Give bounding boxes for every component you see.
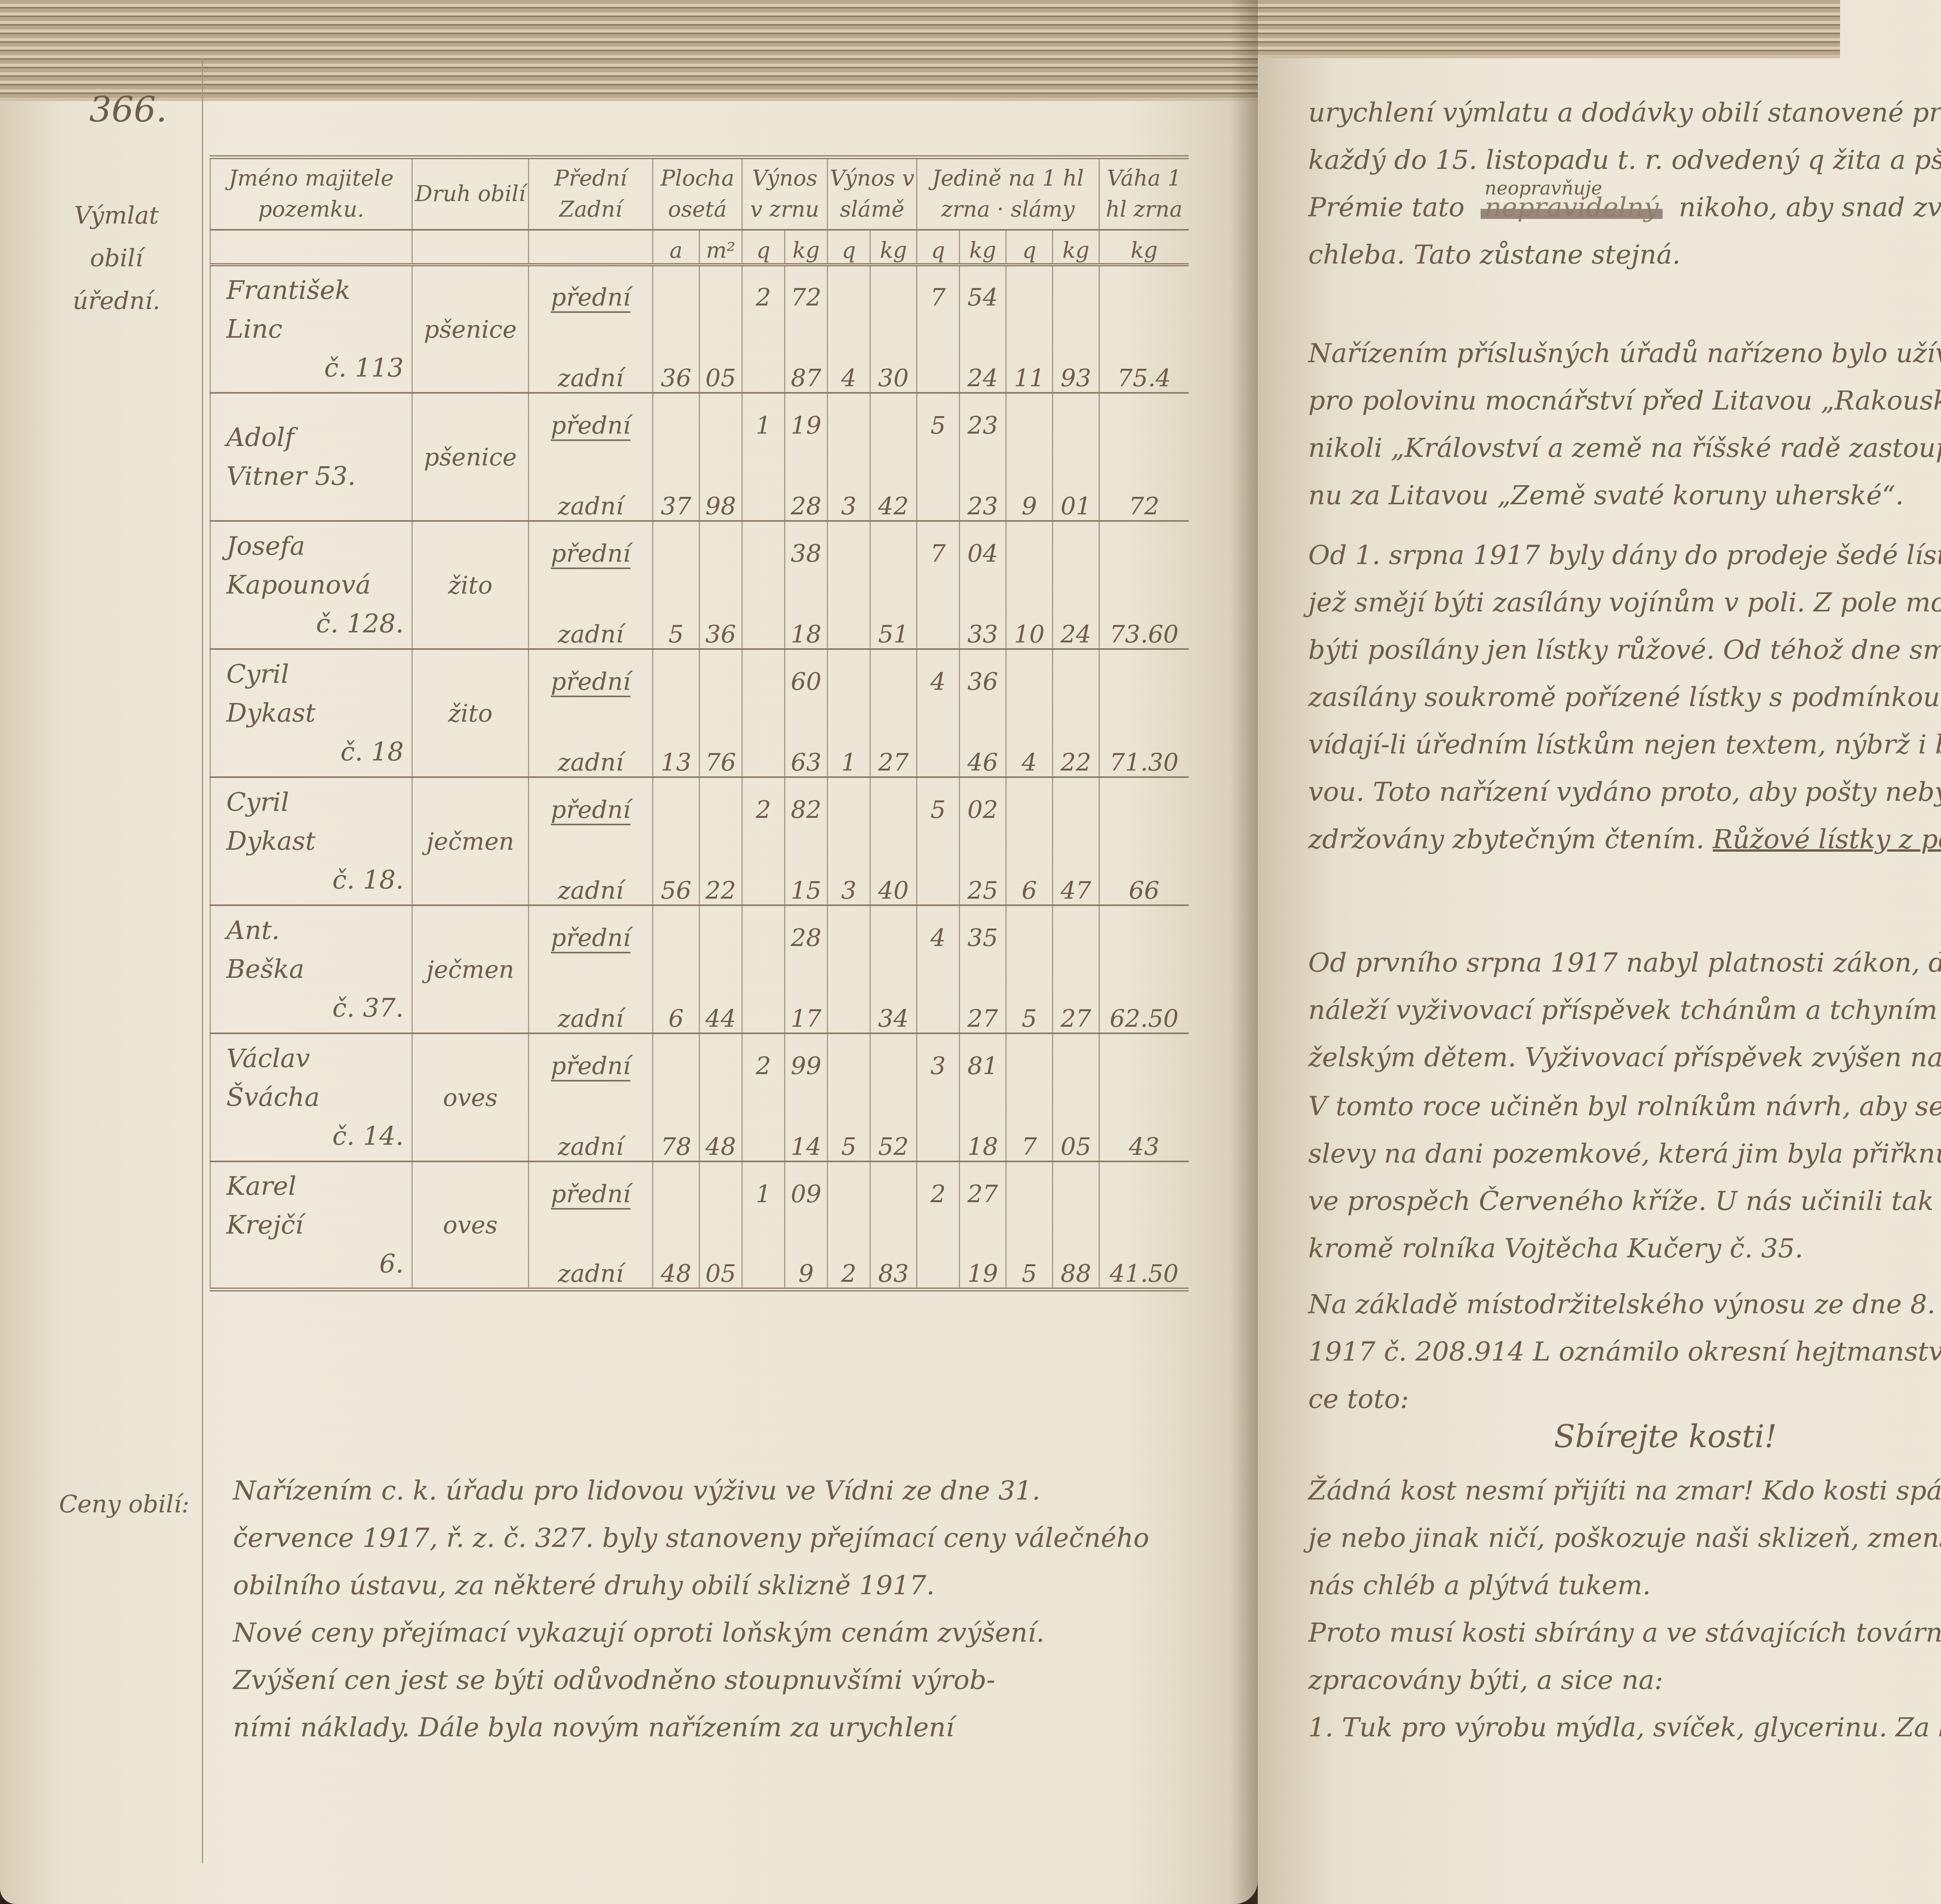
- value-cell: [1006, 393, 1053, 439]
- owner-name-line: 6.: [226, 1244, 411, 1283]
- margin-note-line: obilí: [47, 237, 186, 279]
- value-cell: 81: [960, 1033, 1006, 1080]
- value-cell: [742, 311, 785, 393]
- value-cell: [653, 265, 700, 311]
- value-cell: [870, 1161, 917, 1208]
- value-cell: [700, 777, 742, 824]
- header-weight: Váha 1 hl zrna: [1099, 157, 1189, 230]
- owner-name: CyrilDykastč. 18.: [210, 777, 412, 905]
- value-cell: 87: [785, 311, 828, 393]
- value-cell: 4: [917, 649, 960, 696]
- value-cell: 1: [828, 696, 870, 777]
- value-cell: 72: [785, 265, 828, 311]
- value-cell: [1099, 393, 1189, 439]
- struck-word: nepravidelný: [1484, 192, 1659, 223]
- right-page: 367. urychlení výmlatu a dodávky obilí s…: [1258, 0, 1941, 1904]
- value-cell: 13: [653, 696, 700, 777]
- owner-name-line: č. 14.: [226, 1117, 411, 1156]
- text-line: je nebo jinak ničí, poškozuje naši skliz…: [1308, 1515, 1941, 1562]
- value-cell: 22: [700, 824, 742, 905]
- text-line: V tomto roce učiněn byl rolníkům návrh, …: [1308, 1083, 1941, 1130]
- unit-label: m²: [700, 230, 742, 265]
- owner-name: KarelKrejčí6.: [210, 1161, 412, 1290]
- value-cell: 02: [960, 777, 1006, 824]
- text-line: nu za Litavou „Země svaté koruny uherské…: [1308, 472, 1941, 519]
- value-cell: 4: [917, 905, 960, 952]
- value-cell: 72: [1099, 439, 1189, 521]
- text-line: urychlení výmlatu a dodávky obilí stanov…: [1308, 89, 1941, 137]
- value-cell: [700, 1033, 742, 1080]
- owner-name-line: Vitner 53.: [226, 457, 411, 496]
- owner-name-line: Dykast: [226, 694, 411, 732]
- owner-name-line: č. 128.: [226, 604, 411, 643]
- value-cell: [1006, 905, 1053, 952]
- text-line: pro polovinu mocnářství před Litavou „Ra…: [1308, 377, 1941, 425]
- value-cell: [742, 905, 785, 952]
- units-spacer: [210, 230, 412, 265]
- field-position-cell: přední: [529, 265, 653, 311]
- owner-name-line: Ant.: [226, 911, 411, 950]
- owner-name-line: Václav: [226, 1039, 411, 1078]
- value-cell: [917, 311, 960, 393]
- owner-name: AdolfVitner 53.: [210, 393, 412, 521]
- value-cell: 73.60: [1099, 568, 1189, 649]
- header-per-unit-straw: slámy: [1011, 197, 1075, 222]
- field-position-cell: přední: [529, 1033, 653, 1080]
- value-cell: [870, 393, 917, 439]
- value-cell: [828, 649, 870, 696]
- field-position-label: přední: [551, 795, 630, 825]
- text-line: Proto musí kosti sbírány a ve stávajícíc…: [1308, 1609, 1941, 1657]
- value-cell: 23: [960, 439, 1006, 521]
- field-post-cards-paragraph: Od 1. srpna 1917 byly dány do prodeje še…: [1308, 532, 1941, 863]
- value-cell: [742, 1208, 785, 1290]
- value-cell: 05: [1053, 1080, 1099, 1161]
- value-cell: 7: [917, 521, 960, 568]
- value-cell: [1006, 265, 1053, 311]
- value-cell: [870, 649, 917, 696]
- value-cell: [700, 649, 742, 696]
- value-cell: [1006, 649, 1053, 696]
- value-cell: 99: [785, 1033, 828, 1080]
- value-cell: [742, 649, 785, 696]
- grain-prices-paragraph: Nařízením c. k. úřadu pro lidovou výživu…: [233, 1467, 1203, 1751]
- owner-name-line: Švácha: [226, 1078, 411, 1117]
- value-cell: 05: [700, 1208, 742, 1290]
- value-cell: [917, 1208, 960, 1290]
- value-cell: [1053, 1161, 1099, 1208]
- value-cell: [1099, 777, 1189, 824]
- field-position-cell: přední: [529, 1161, 653, 1208]
- value-cell: 30: [870, 311, 917, 393]
- value-cell: [1053, 393, 1099, 439]
- premium-paragraph: urychlení výmlatu a dodávky obilí stanov…: [1308, 89, 1941, 279]
- grain-type: pšenice: [412, 393, 529, 521]
- value-cell: 76: [700, 696, 742, 777]
- value-cell: [917, 1080, 960, 1161]
- value-cell: 38: [785, 521, 828, 568]
- field-position-label: přední: [551, 1052, 630, 1081]
- value-cell: [828, 1033, 870, 1080]
- value-cell: 5: [1006, 1208, 1053, 1290]
- value-cell: 19: [785, 393, 828, 439]
- text-line: ními náklady. Dále byla novým nařízením …: [233, 1704, 1203, 1751]
- owner-name-line: Cyril: [226, 783, 411, 822]
- value-cell: 40: [870, 824, 917, 905]
- owner-name-line: Beška: [226, 950, 411, 989]
- value-cell: 41.50: [1099, 1208, 1189, 1290]
- value-cell: 4: [1006, 696, 1053, 777]
- unit-label: q: [742, 230, 785, 265]
- value-cell: [1099, 265, 1189, 311]
- table-row: FrantišekLincč. 113pšenicepřední272754: [210, 265, 1189, 311]
- value-cell: 48: [700, 1080, 742, 1161]
- unit-label: a: [653, 230, 700, 265]
- open-ledger-book: 366. Výmlat obilí úřední. Jméno majitele…: [0, 0, 1941, 1904]
- value-cell: 54: [960, 265, 1006, 311]
- value-cell: [700, 265, 742, 311]
- table-row: KarelKrejčí6.ovespřední109227: [210, 1161, 1189, 1208]
- value-cell: 63: [785, 696, 828, 777]
- value-cell: 1: [742, 393, 785, 439]
- text-fragment: zdržovány zbytečným čtením.: [1308, 824, 1704, 855]
- field-position-label: přední: [551, 539, 630, 569]
- text-line: ve prospěch Červeného kříže. U nás učini…: [1308, 1178, 1941, 1225]
- unit-label: kg: [870, 230, 917, 265]
- grain-type: žito: [412, 521, 529, 649]
- value-cell: 36: [653, 311, 700, 393]
- text-fragment: nikoho, aby snad zvyšoval cenu: [1679, 192, 1941, 223]
- header-owner: Jméno majitele pozemku.: [210, 157, 412, 230]
- field-position-cell: přední: [529, 777, 653, 824]
- page-top-edge: [1258, 0, 1840, 58]
- bones-paragraph: Žádná kost nesmí přijíti na zmar! Kdo ko…: [1308, 1467, 1941, 1751]
- value-cell: 66: [1099, 824, 1189, 905]
- text-line: jež smějí býti zasílány vojínům v poli. …: [1308, 579, 1941, 627]
- text-fragment: Prémie tato: [1308, 192, 1465, 223]
- field-position-label: zadní: [529, 568, 653, 649]
- value-cell: 27: [1053, 952, 1099, 1033]
- margin-note-grain-prices: Ceny obilí:: [47, 1483, 202, 1526]
- text-line: Nařízením příslušných úřadů nařízeno byl…: [1308, 330, 1941, 377]
- text-line: Nové ceny přejímací vykazují oproti loňs…: [233, 1609, 1203, 1657]
- value-cell: [1053, 265, 1099, 311]
- value-cell: [917, 568, 960, 649]
- text-line: 1. Tuk pro výrobu mýdla, svíček, glyceri…: [1308, 1704, 1941, 1751]
- value-cell: [653, 393, 700, 439]
- value-cell: 2: [742, 777, 785, 824]
- text-line: zasílány soukromě pořízené lístky s podm…: [1308, 674, 1941, 721]
- text-line: července 1917, ř. z. č. 327. byly stanov…: [233, 1515, 1203, 1609]
- value-cell: [1053, 1033, 1099, 1080]
- field-position-cell: přední: [529, 393, 653, 439]
- value-cell: 09: [785, 1161, 828, 1208]
- value-cell: 17: [785, 952, 828, 1033]
- field-position-label: zadní: [529, 439, 653, 521]
- value-cell: [828, 777, 870, 824]
- field-position-label: zadní: [529, 1208, 653, 1290]
- text-line: Prémie tato neopravňuje nepravidelný nik…: [1308, 184, 1941, 231]
- value-cell: 6: [653, 952, 700, 1033]
- value-cell: [1099, 1161, 1189, 1208]
- value-cell: [1099, 1033, 1189, 1080]
- value-cell: 78: [653, 1080, 700, 1161]
- value-cell: 98: [700, 439, 742, 521]
- value-cell: [742, 696, 785, 777]
- owner-name-line: Josefa: [226, 527, 411, 566]
- value-cell: 25: [960, 824, 1006, 905]
- value-cell: 28: [785, 439, 828, 521]
- value-cell: 2: [917, 1161, 960, 1208]
- value-cell: 51: [870, 568, 917, 649]
- value-cell: [1099, 521, 1189, 568]
- value-cell: [700, 393, 742, 439]
- value-cell: [917, 696, 960, 777]
- value-cell: 42: [870, 439, 917, 521]
- value-cell: 71.30: [1099, 696, 1189, 777]
- value-cell: [1053, 521, 1099, 568]
- value-cell: [917, 952, 960, 1033]
- value-cell: 2: [828, 1208, 870, 1290]
- page-top-edge: [0, 0, 1258, 101]
- owner-name-line: č. 113: [226, 349, 411, 387]
- field-position-label: zadní: [529, 1080, 653, 1161]
- value-cell: [742, 824, 785, 905]
- empire-name-paragraph: Nařízením příslušných úřadů nařízeno byl…: [1308, 330, 1941, 519]
- value-cell: [1006, 777, 1053, 824]
- text-line: chleba. Tato zůstane stejná.: [1308, 231, 1941, 279]
- value-cell: 60: [785, 649, 828, 696]
- grain-type: pšenice: [412, 265, 529, 393]
- value-cell: 27: [960, 1161, 1006, 1208]
- value-cell: 5: [1006, 952, 1053, 1033]
- text-line: Na základě místodržitelského výnosu ze d…: [1308, 1281, 1941, 1328]
- value-cell: [1053, 649, 1099, 696]
- value-cell: 11: [1006, 311, 1053, 393]
- table-row: JosefaKapounováč. 128.žitopřední38704: [210, 521, 1189, 568]
- text-line: 1917 č. 208.914 L oznámilo okresní hejtm…: [1308, 1328, 1941, 1376]
- field-position-label: zadní: [529, 824, 653, 905]
- value-cell: 24: [960, 311, 1006, 393]
- value-cell: [870, 1033, 917, 1080]
- owner-name-line: Dykast: [226, 822, 411, 861]
- value-cell: 44: [700, 952, 742, 1033]
- value-cell: 93: [1053, 311, 1099, 393]
- text-line: zdržovány zbytečným čtením. Růžové lístk…: [1308, 816, 1941, 863]
- text-line: nikoli „Království a země na říšské radě…: [1308, 425, 1941, 472]
- field-position-label: zadní: [529, 696, 653, 777]
- value-cell: [828, 393, 870, 439]
- value-cell: [653, 905, 700, 952]
- owner-name-line: Adolf: [226, 418, 411, 457]
- text-line: vou. Toto nařízení vydáno proto, aby poš…: [1308, 769, 1941, 816]
- units-spacer: [412, 230, 529, 265]
- unit-label: kg: [1053, 230, 1099, 265]
- value-cell: 28: [785, 905, 828, 952]
- page-number: 366.: [89, 89, 167, 130]
- value-cell: [1099, 905, 1189, 952]
- text-line: zpracovány býti, a sice na:: [1308, 1657, 1941, 1704]
- value-cell: 7: [917, 265, 960, 311]
- value-cell: 5: [653, 568, 700, 649]
- value-cell: 46: [960, 696, 1006, 777]
- value-cell: [653, 1033, 700, 1080]
- value-cell: 5: [917, 777, 960, 824]
- header-yield-straw: Výnos v slámě: [828, 157, 917, 230]
- value-cell: 33: [960, 568, 1006, 649]
- value-cell: [1006, 521, 1053, 568]
- value-cell: [700, 1161, 742, 1208]
- value-cell: [870, 905, 917, 952]
- value-cell: 52: [870, 1080, 917, 1161]
- header-per-unit: Jedině na 1 hl zrna · slámy: [917, 157, 1099, 230]
- value-cell: 88: [1053, 1208, 1099, 1290]
- value-cell: 24: [1053, 568, 1099, 649]
- owner-name: Ant.Beškač. 37.: [210, 905, 412, 1033]
- owner-name-line: Kapounová: [226, 566, 411, 604]
- text-line: býti posílány jen lístky růžové. Od tého…: [1308, 627, 1941, 674]
- bones-heading: Sbírejte kosti!: [1374, 1413, 1941, 1460]
- field-position-label: přední: [551, 667, 630, 697]
- value-cell: [653, 777, 700, 824]
- value-cell: 7: [1006, 1080, 1053, 1161]
- unit-label: q: [917, 230, 960, 265]
- header-per-unit-label: Jedině na 1 hl: [932, 166, 1084, 191]
- text-line: Od 1. srpna 1917 byly dány do prodeje še…: [1308, 532, 1941, 579]
- unit-label: kg: [785, 230, 828, 265]
- table-row: CyrilDykastč. 18.ječmenpřední282502: [210, 777, 1189, 824]
- allowance-paragraph: Od prvního srpna 1917 nabyl platnosti zá…: [1308, 939, 1941, 1081]
- value-cell: 83: [870, 1208, 917, 1290]
- value-cell: 3: [828, 824, 870, 905]
- value-cell: 27: [870, 696, 917, 777]
- value-cell: [742, 439, 785, 521]
- field-position-label: přední: [551, 923, 630, 953]
- value-cell: 5: [828, 1080, 870, 1161]
- correction: neopravňuje nepravidelný: [1484, 184, 1659, 231]
- table-row: CyrilDykastč. 18žitopřední60436: [210, 649, 1189, 696]
- header-field-position: Přední Zadní: [529, 157, 653, 230]
- value-cell: 3: [917, 1033, 960, 1080]
- owner-name: VáclavŠváchač. 14.: [210, 1033, 412, 1161]
- owner-name-line: Karel: [226, 1167, 411, 1206]
- owner-name-line: Linc: [226, 310, 411, 349]
- value-cell: [700, 521, 742, 568]
- text-line: Od prvního srpna 1917 nabyl platnosti zá…: [1308, 939, 1941, 987]
- value-cell: 37: [653, 439, 700, 521]
- value-cell: 62.50: [1099, 952, 1189, 1033]
- header-grain-type: Druh obilí: [412, 157, 529, 230]
- text-line: želským dětem. Vyživovací příspěvek zvýš…: [1308, 1034, 1941, 1081]
- value-cell: 01: [1053, 439, 1099, 521]
- header-yield-grain: Výnos v zrnu: [742, 157, 828, 230]
- field-position-cell: přední: [529, 905, 653, 952]
- value-cell: 14: [785, 1080, 828, 1161]
- value-cell: 3: [828, 439, 870, 521]
- value-cell: 36: [700, 568, 742, 649]
- decree-paragraph: Na základě místodržitelského výnosu ze d…: [1308, 1281, 1941, 1423]
- left-page: 366. Výmlat obilí úřední. Jméno majitele…: [0, 0, 1258, 1904]
- field-position-label: zadní: [529, 952, 653, 1033]
- owner-name-line: č. 18: [226, 732, 411, 771]
- margin-note-threshing: Výmlat obilí úřední.: [47, 194, 186, 322]
- value-cell: 15: [785, 824, 828, 905]
- tax-relief-paragraph: V tomto roce učiněn byl rolníkům návrh, …: [1308, 1083, 1941, 1272]
- owner-name-line: č. 18.: [226, 861, 411, 899]
- unit-label: q: [1006, 230, 1053, 265]
- text-line: Zvýšení cen jest se býti odůvodněno stou…: [233, 1657, 1203, 1704]
- value-cell: [1053, 777, 1099, 824]
- owner-name-line: Cyril: [226, 655, 411, 694]
- text-line: nás chléb a plýtvá tukem.: [1308, 1562, 1941, 1609]
- value-cell: 9: [1006, 439, 1053, 521]
- value-cell: [870, 777, 917, 824]
- text-line: Nařízením c. k. úřadu pro lidovou výživu…: [233, 1467, 1203, 1515]
- value-cell: 04: [960, 521, 1006, 568]
- value-cell: [1006, 1033, 1053, 1080]
- table-row: VáclavŠváchač. 14.ovespřední299381: [210, 1033, 1189, 1080]
- grain-type: ječmen: [412, 777, 529, 905]
- owner-name: CyrilDykastč. 18: [210, 649, 412, 777]
- grain-type: oves: [412, 1161, 529, 1290]
- value-cell: 82: [785, 777, 828, 824]
- value-cell: [653, 1161, 700, 1208]
- owner-name: FrantišekLincč. 113: [210, 265, 412, 393]
- header-per-unit-grain: zrna: [941, 197, 990, 222]
- value-cell: [742, 952, 785, 1033]
- table-row: AdolfVitner 53.pšenicepřední119523: [210, 393, 1189, 439]
- value-cell: 23: [960, 393, 1006, 439]
- value-cell: [917, 439, 960, 521]
- threshing-table: Jméno majitele pozemku. Druh obilí Předn…: [210, 155, 1189, 1291]
- owner-name-line: č. 37.: [226, 989, 411, 1028]
- value-cell: 2: [742, 265, 785, 311]
- text-line: náleží vyživovací příspěvek tchánům a tc…: [1308, 987, 1941, 1034]
- margin-note-line: úřední.: [47, 279, 186, 322]
- value-cell: [828, 905, 870, 952]
- value-cell: 36: [960, 649, 1006, 696]
- value-cell: 6: [1006, 824, 1053, 905]
- value-cell: [700, 905, 742, 952]
- text-line: kromě rolníka Vojtěcha Kučery č. 35.: [1308, 1225, 1941, 1272]
- value-cell: [1053, 905, 1099, 952]
- value-cell: 56: [653, 824, 700, 905]
- margin-rule: [202, 58, 203, 1863]
- value-cell: [917, 824, 960, 905]
- value-cell: [870, 265, 917, 311]
- unit-label: q: [828, 230, 870, 265]
- value-cell: 10: [1006, 568, 1053, 649]
- text-line: vídají-li úředním lístkům nejen textem, …: [1308, 721, 1941, 769]
- text-line: slevy na dani pozemkové, která jim byla …: [1308, 1130, 1941, 1178]
- field-position-cell: přední: [529, 649, 653, 696]
- underlined-rule: Růžové lístky z pole a šedé do pole.: [1713, 824, 1941, 855]
- owner-name-line: Krejčí: [226, 1206, 411, 1244]
- field-position-cell: přední: [529, 521, 653, 568]
- value-cell: 75.4: [1099, 311, 1189, 393]
- value-cell: 2: [742, 1033, 785, 1080]
- value-cell: [870, 521, 917, 568]
- value-cell: [653, 649, 700, 696]
- value-cell: [828, 521, 870, 568]
- value-cell: [742, 1080, 785, 1161]
- unit-label: kg: [960, 230, 1006, 265]
- value-cell: 34: [870, 952, 917, 1033]
- value-cell: 22: [1053, 696, 1099, 777]
- value-cell: [828, 568, 870, 649]
- grain-type: ječmen: [412, 905, 529, 1033]
- value-cell: [653, 521, 700, 568]
